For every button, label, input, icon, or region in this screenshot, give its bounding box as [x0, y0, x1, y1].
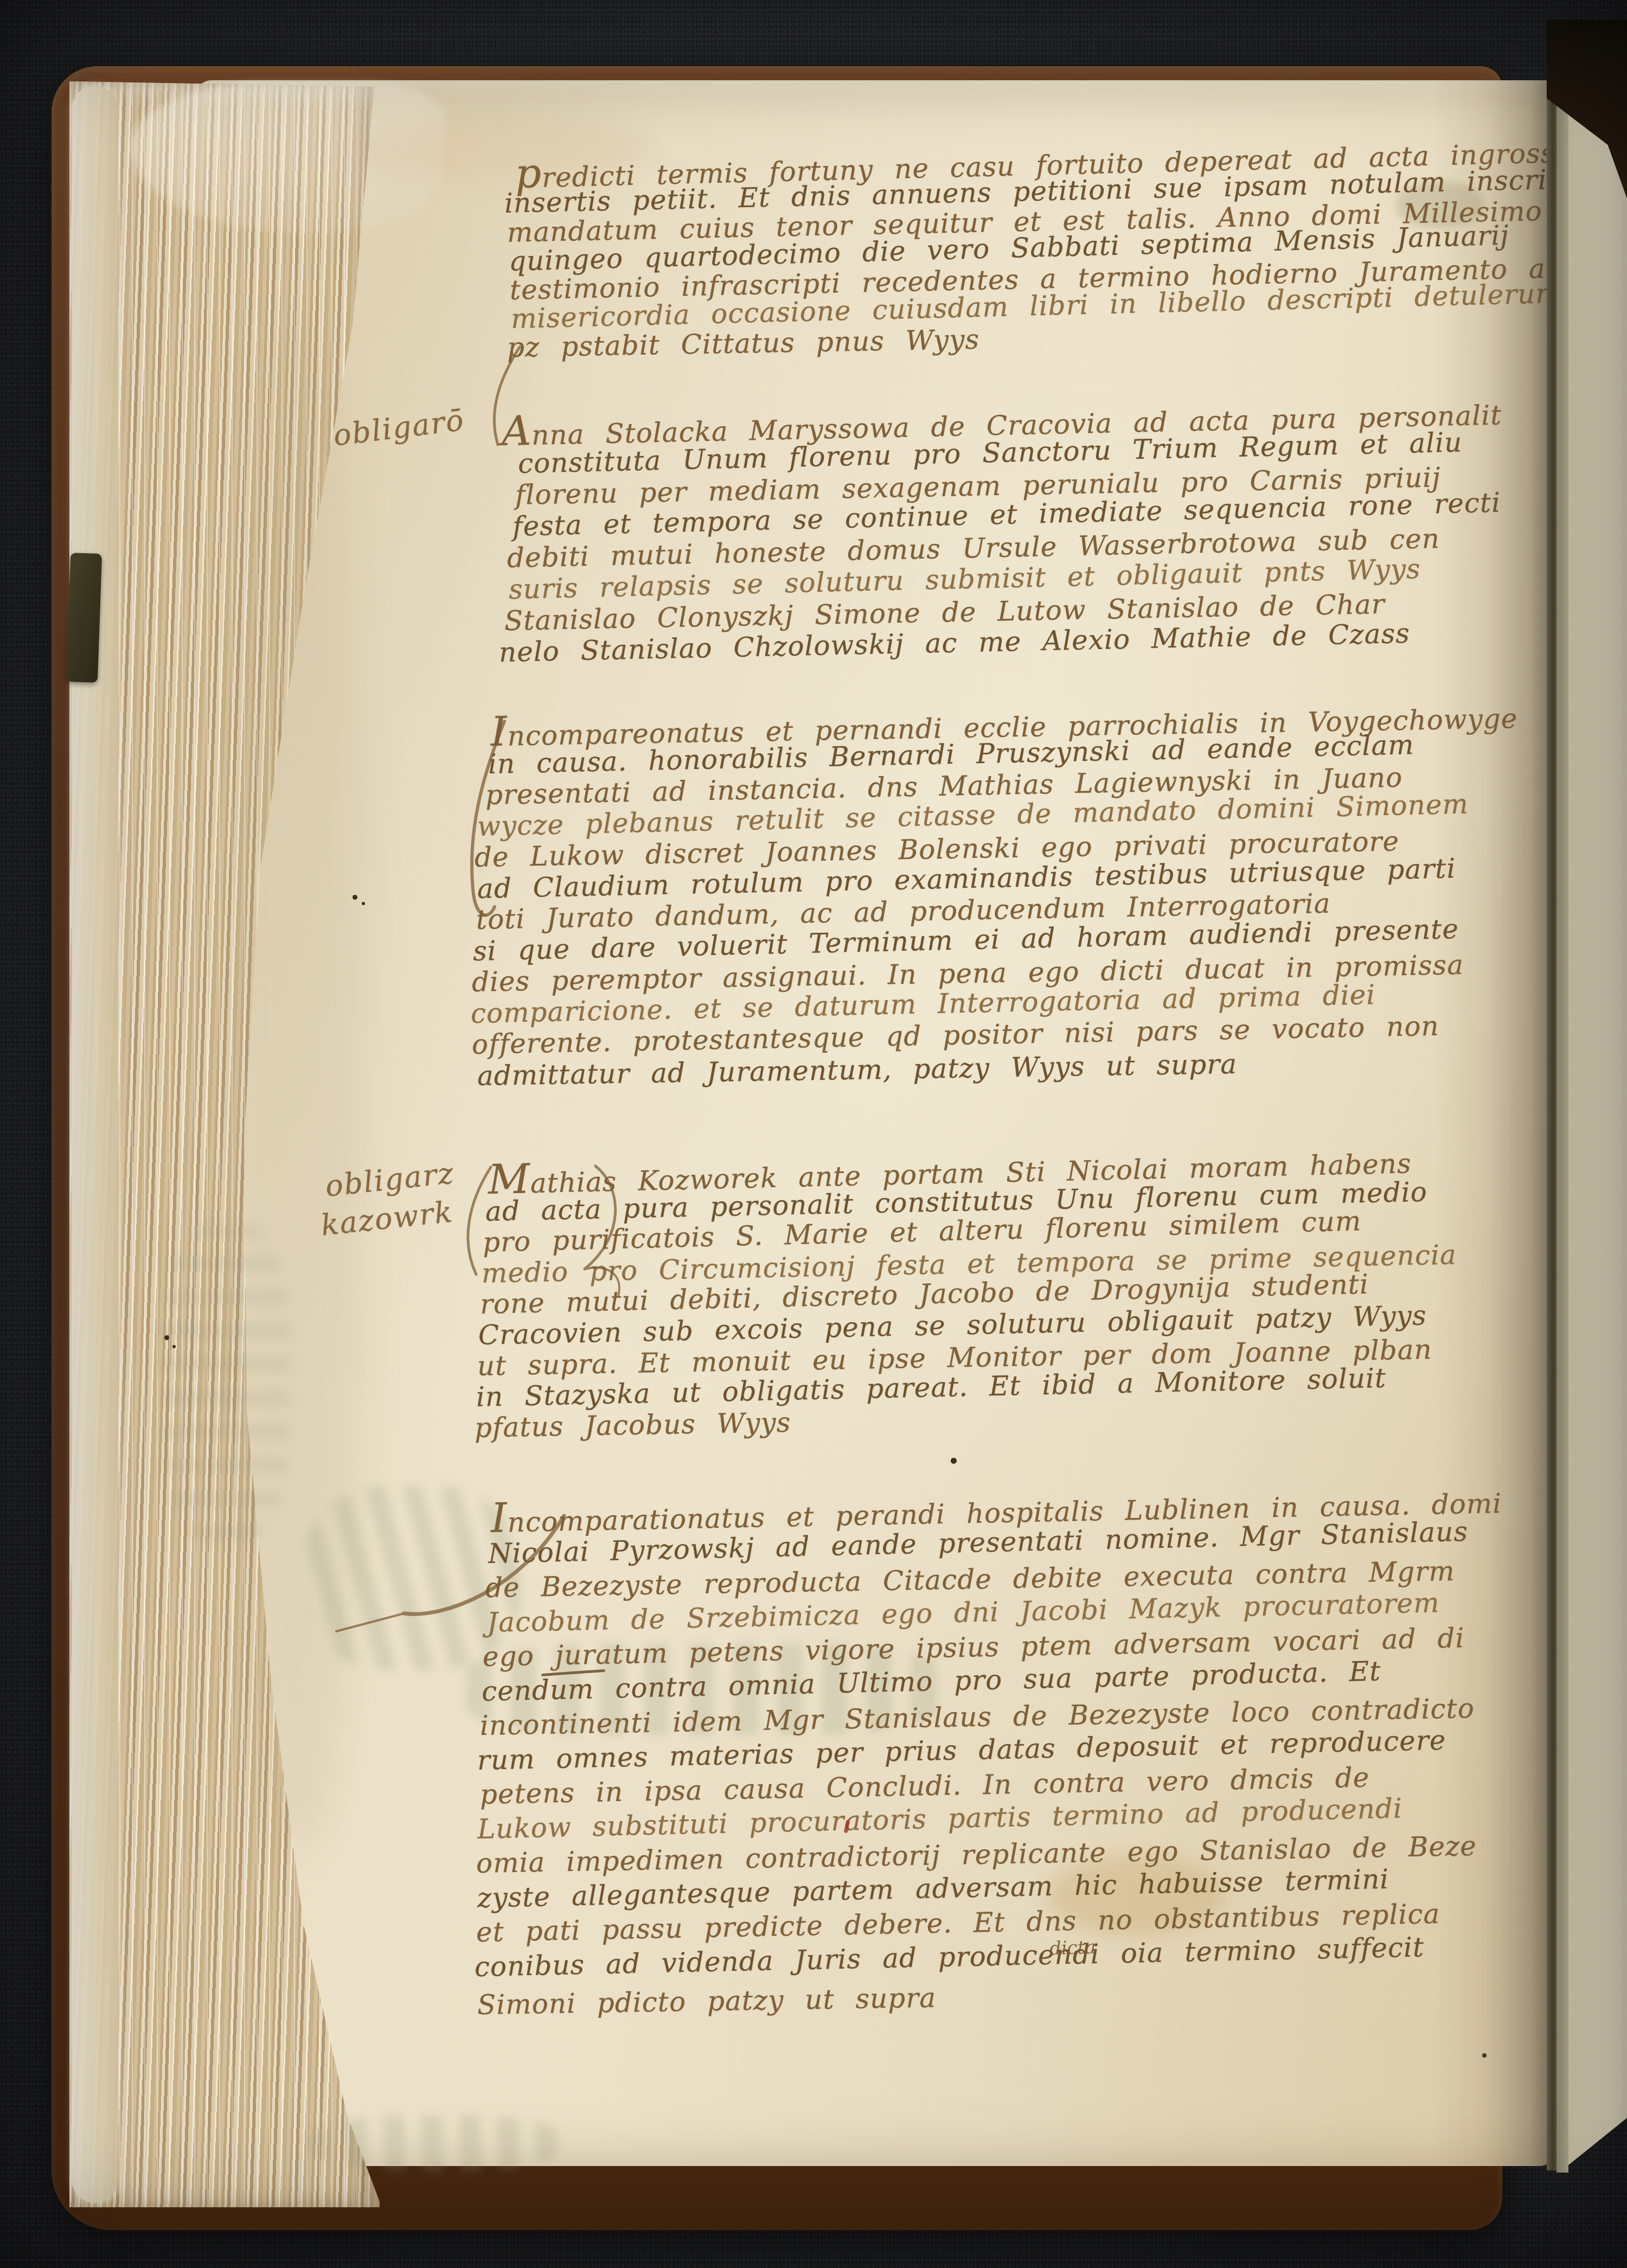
facing-page-edge	[1568, 28, 1627, 2174]
first-leaf-edge	[72, 86, 118, 2203]
ink-speck	[172, 1345, 176, 1348]
gutter-gap	[1547, 76, 1556, 2170]
clasp-remnant	[66, 553, 102, 683]
inner-leaf-edge	[1556, 65, 1568, 2173]
ink-speck	[362, 902, 365, 905]
manuscript-line: pfatus Jacobus Wyys	[474, 1407, 791, 1444]
gutter-shadow	[1432, 80, 1552, 2166]
ink-speck	[951, 1458, 957, 1464]
interlinear-insertion: dicta	[1049, 1937, 1096, 1960]
ink-speck	[164, 1335, 169, 1340]
manuscript-photo-scene: predicti termis fortuny ne casu fortuito…	[0, 0, 1627, 2268]
ink-speck	[353, 895, 357, 900]
